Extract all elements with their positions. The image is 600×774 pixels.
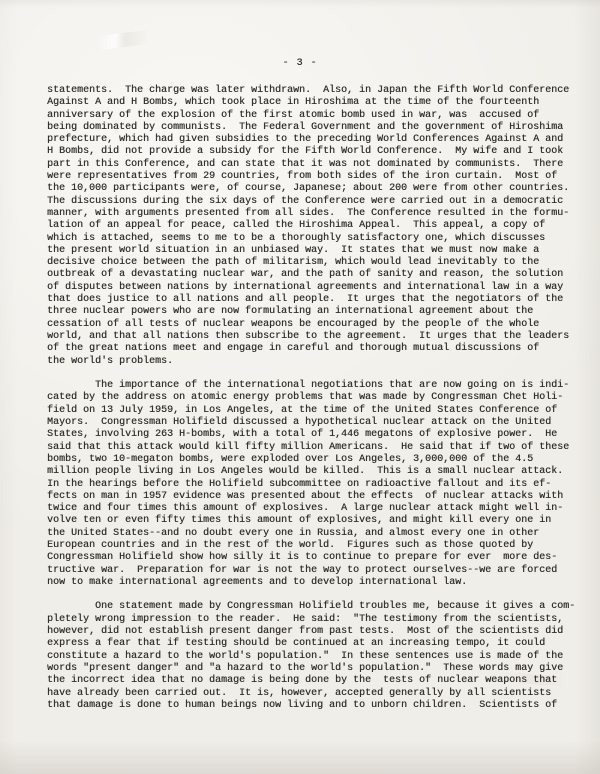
text-line: Congressman Holifield show how silly it …	[47, 552, 575, 564]
text-line: three nuclear powers who are now formula…	[47, 306, 575, 318]
text-line: States, involving 263 H-bombs, with a to…	[47, 429, 575, 441]
text-line: cessation of all tests of nuclear weapon…	[47, 319, 575, 331]
text-line: twice and four times this amount of expl…	[47, 503, 575, 515]
text-line: the United States--and no doubt every on…	[47, 528, 575, 540]
text-line: prefecture, which had given subsidies to…	[47, 134, 575, 146]
text-line: One statement made by Congressman Holifi…	[47, 601, 575, 613]
text-line: however, did not establish present dange…	[47, 626, 575, 638]
text-line: volve ten or even fifty times this amoun…	[47, 515, 575, 527]
text-line: of the great nations meet and engage in …	[47, 343, 575, 355]
text-line: world, and that all nations then subscri…	[47, 331, 575, 343]
text-line: In the hearings before the Holifield sub…	[47, 479, 575, 491]
text-line: The importance of the international nego…	[47, 380, 575, 392]
text-line: were representatives from 29 countries, …	[47, 171, 575, 183]
text-line: million people living in Los Angeles wou…	[47, 466, 575, 478]
text-line: manner, with arguments presented from al…	[47, 208, 575, 220]
text-line: statements. The charge was later withdra…	[47, 85, 575, 97]
text-line: anniversary of the explosion of the firs…	[47, 110, 575, 122]
text-line: the present world situation in an unbias…	[47, 245, 575, 257]
text-line: field on 13 July 1959, in Los Angeles, a…	[47, 405, 575, 417]
scanned-document-page: - 3 - statements. The charge was later w…	[0, 0, 600, 774]
text-line: have already been carried out. It is, ho…	[47, 688, 575, 700]
text-line: fects on man in 1957 evidence was presen…	[47, 491, 575, 503]
text-line: Mayors. Congressman Holifield discussed …	[47, 417, 575, 429]
document-body: statements. The charge was later withdra…	[47, 85, 575, 712]
text-line: now to make international agreements and…	[47, 577, 575, 589]
text-line: cated by the address on atomic energy pr…	[47, 392, 575, 404]
text-line: that does justice to all nations and all…	[47, 294, 575, 306]
text-line: pletely wrong impression to the reader. …	[47, 614, 575, 626]
paragraph: One statement made by Congressman Holifi…	[47, 601, 575, 712]
paragraph: The importance of the international nego…	[47, 380, 575, 589]
text-line: lation of an appeal for peace, called th…	[47, 220, 575, 232]
text-line: part in this Conference, and can state t…	[47, 159, 575, 171]
text-line: decisive choice between the path of mili…	[47, 257, 575, 269]
text-line: tructive war. Preparation for war is not…	[47, 565, 575, 577]
text-line: bombs, two 10-megaton bombs, were explod…	[47, 454, 575, 466]
text-line: said that this attack would kill fifty m…	[47, 442, 575, 454]
text-line: The discussions during the six days of t…	[47, 196, 575, 208]
text-line: express a fear that if testing should be…	[47, 638, 575, 650]
paragraph: statements. The charge was later withdra…	[47, 85, 575, 368]
text-line: Against A and H Bombs, which took place …	[47, 97, 575, 109]
text-line: of disputes between nations by internati…	[47, 282, 575, 294]
text-line: which is attached, seems to me to be a t…	[47, 233, 575, 245]
text-line: European countries and in the rest of th…	[47, 540, 575, 552]
text-line: H Bombs, did not provide a subsidy for t…	[47, 146, 575, 158]
text-line: being dominated by communists. The Feder…	[47, 122, 575, 134]
paper-crease	[30, 24, 200, 59]
text-line: the world's problems.	[47, 356, 575, 368]
text-line: outbreak of a devastating nuclear war, a…	[47, 269, 575, 281]
text-line: constitute a hazard to the world's popul…	[47, 651, 575, 663]
text-line: that damage is done to human beings now …	[47, 700, 575, 712]
page-number: - 3 -	[0, 58, 600, 69]
text-line: the 10,000 participants were, of course,…	[47, 183, 575, 195]
text-line: words "present danger" and "a hazard to …	[47, 663, 575, 675]
text-line: the incorrect idea that no damage is bei…	[47, 675, 575, 687]
